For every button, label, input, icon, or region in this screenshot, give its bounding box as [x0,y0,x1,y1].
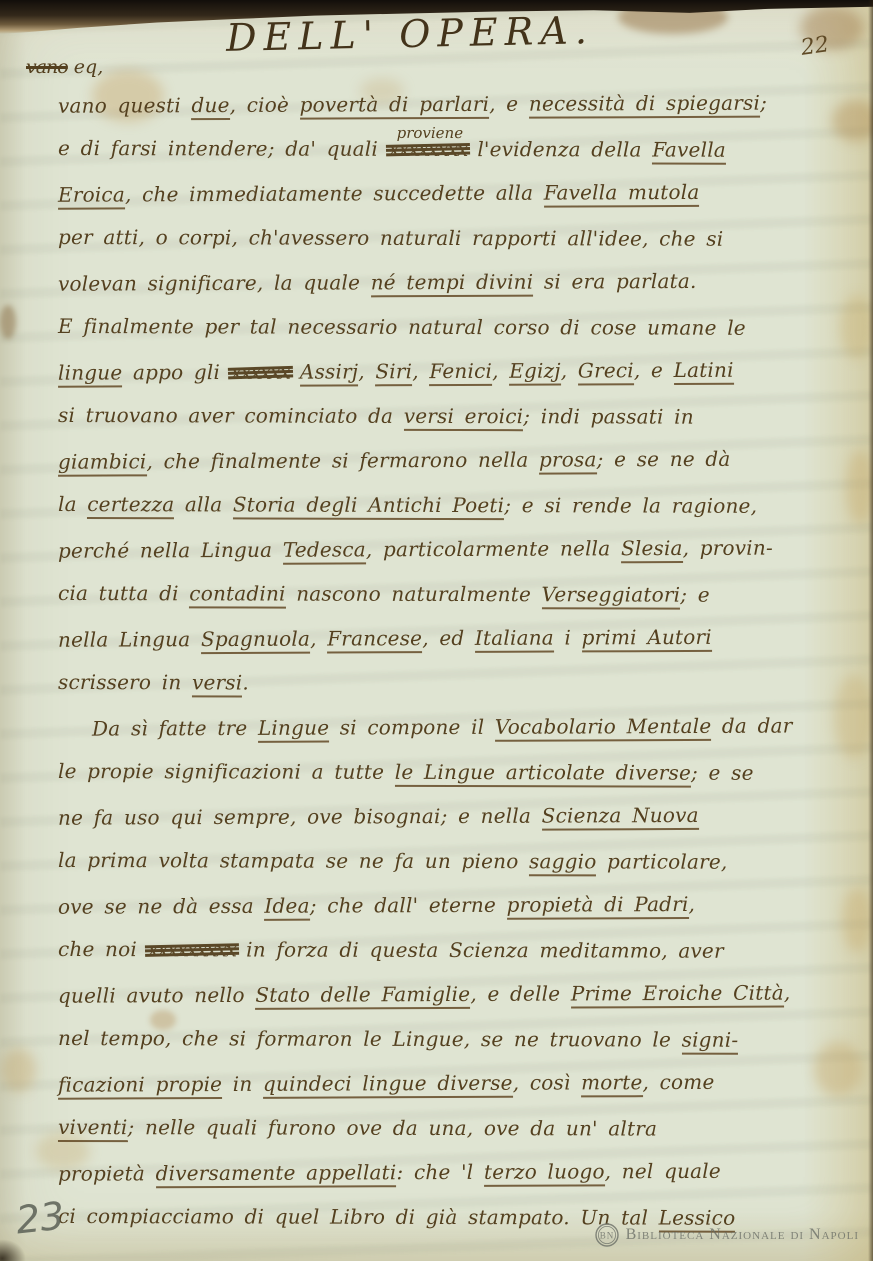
manuscript-segment: vano questi [58,93,192,118]
manuscript-line: volevan significare, la quale né tempi d… [58,258,843,306]
library-watermark: BN Biblioteca Nazionale di Napoli [594,1222,859,1248]
manuscript-segment: , che immediatamente succedette alla [125,181,544,207]
manuscript-segment: propietà [58,1161,156,1185]
manuscript-line: scrissero in versi. [58,659,843,706]
underlined-phrase: Stato delle Famiglie [255,982,470,1010]
underlined-phrase: versi [192,670,242,697]
manuscript-segment: , [358,359,375,383]
scribbled-out-word: xxxxxxxxx [148,937,236,961]
underlined-phrase: contadini [189,581,285,608]
manuscript-segment: ; che dall' eterne [310,893,507,918]
manuscript-segment: ; e [680,582,710,606]
manuscript-segment: , [688,892,695,916]
manuscript-line: Eroica, che immediatamente succedette al… [58,169,843,217]
manuscript-segment: si era parlata. [533,269,696,294]
manuscript-segment: scrissero in [58,669,192,693]
manuscript-segment: si truovano aver cominciato da [58,402,404,427]
underlined-phrase: versi eroici [404,403,524,430]
manuscript-segment: nascono naturalmente [286,581,542,606]
manuscript-segment: ; nelle quali furono ove da una, ove da … [128,1115,658,1140]
manuscript-segment: si compone il [329,715,495,740]
watermark-text: Biblioteca Nazionale di Napoli [626,1226,859,1244]
paper-stain [2,1048,36,1092]
manuscript-segment: che noi [58,936,148,960]
underlined-phrase: Lingue [258,716,329,743]
underlined-phrase: Idea [264,894,309,921]
manuscript-line: ficazioni propie in quindeci lingue dive… [58,1059,843,1107]
manuscript-segment: i [554,625,582,649]
underlined-phrase: lingue [58,360,123,387]
manuscript-line: Da sì fatte tre Lingue si compone il Voc… [58,703,843,751]
manuscript-segment: e di farsi intendere; da' quali [58,135,389,160]
manuscript-segment: , [492,359,509,383]
manuscript-line: la prima volta stampata se ne fa un pien… [58,837,843,884]
manuscript-segment: , [784,981,791,1005]
underlined-phrase: viventi [58,1114,128,1141]
underlined-phrase: propietà di Padri [507,892,689,920]
bottom-left-smudge [0,1239,26,1261]
page-right-edge [868,0,873,1261]
scribbled-out-word: xxxxxxxx [389,136,467,160]
underlined-phrase: Spagnuola [201,627,310,654]
manuscript-line: viventi; nelle quali furono ove da una, … [58,1104,843,1151]
underlined-phrase: due [191,93,229,120]
manuscript-segment: nella Lingua [58,627,201,652]
underlined-phrase: terzo luogo [484,1159,605,1187]
manuscript-line: cia tutta di contadini nascono naturalme… [58,570,843,617]
underlined-phrase: ficazioni propie [58,1072,222,1100]
underlined-phrase: Vocabolario Mentale [495,714,712,742]
manuscript-segment: volevan significare, la quale [58,270,371,295]
underlined-phrase: Italiana [475,626,554,653]
underlined-phrase: morte [581,1070,643,1097]
underlined-phrase: prosa [539,447,597,474]
manuscript-segment: alla [174,492,233,516]
scribbled-out-word: xxxxxx [231,360,290,384]
manuscript-segment: le propie significazioni a tutte [58,758,395,783]
underlined-phrase: Tedesca [283,537,366,564]
underlined-phrase: Latini [674,358,734,385]
folio-number: 22 [799,32,830,61]
manuscript-line: E finalmente per tal necessario natural … [58,303,843,350]
manuscript-line: ove se ne dà essa Idea; che dall' eterne… [58,881,843,929]
manuscript-text: vano questi due, cioè povertà di parlari… [58,82,843,1239]
manuscript-segment: , [310,627,327,651]
underlined-phrase: Greci [578,358,634,385]
underlined-phrase: Assirj [300,359,358,386]
manuscript-segment: nel tempo, che si formaron le Lingue, se… [58,1025,682,1051]
manuscript-line: e di farsi intendere; da' quali proviene… [58,125,843,172]
page-title: DELL' OPERA. [226,8,595,60]
underlined-phrase: signi- [682,1027,739,1054]
manuscript-segment: ; indi passati in [523,404,694,428]
manuscript-line: perché nella Lingua Tedesca, particolarm… [58,525,843,573]
underlined-phrase: certezza [87,492,174,519]
manuscript-segment: ; [760,91,767,115]
underlined-phrase: Storia degli Antichi Poeti [233,492,504,520]
manuscript-segment: perché nella Lingua [58,538,283,563]
manuscript-segment: , nel quale [605,1159,721,1184]
library-monogram-icon: BN [594,1222,620,1248]
manuscript-segment: da dar [711,714,792,738]
manuscript-segment: , ed [422,626,475,650]
manuscript-segment: la [58,491,87,515]
underlined-phrase: Verseggiatori [542,582,681,609]
underlined-phrase: Francese [327,626,422,653]
manuscript-segment: in [222,1072,263,1096]
manuscript-segment: ; e se ne dà [597,447,731,472]
underlined-phrase: diversamente appellati [156,1160,397,1188]
manuscript-segment: . [242,670,249,694]
manuscript-segment: ove se ne dà essa [58,894,265,919]
underlined-phrase: saggio [529,849,597,876]
margin-note-struck-word: vano [26,56,68,78]
underlined-phrase: Fenici [429,359,492,386]
paper-stain [0,305,16,339]
underlined-phrase: le Lingue articolate diverse [395,759,691,787]
underlined-phrase: giambici [58,449,147,476]
underlined-phrase: quindeci lingue diverse [263,1071,513,1099]
pencil-foliation-number: 23 [14,1194,67,1243]
manuscript-segment: ; e se [691,760,754,784]
manuscript-line: le propie significazioni a tutte le Ling… [58,748,843,795]
manuscript-segment: ci compiacciamo di quel Libro di già sta… [58,1203,659,1229]
manuscript-segment: , particolarmente nella [366,536,621,561]
underlined-phrase: Slesia [621,536,683,563]
margin-note-trailing: eq, [74,56,103,78]
monogram-letters: BN [599,1231,614,1241]
underlined-phrase: necessità di spiegarsi [529,91,760,119]
underlined-phrase: Scienza Nuova [542,803,699,831]
underlined-phrase: Eroica [58,182,125,209]
manuscript-segment: , [561,358,578,382]
manuscript-segment: cia tutta di [58,580,189,604]
manuscript-segment: , così [513,1070,581,1094]
manuscript-segment: la prima volta stampata se ne fa un pien… [58,847,529,872]
manuscript-segment: particolare, [596,849,727,873]
manuscript-line: quelli avuto nello Stato delle Famiglie,… [58,970,843,1018]
manuscript-segment: , cioè [230,93,300,117]
manuscript-segment: , come [642,1070,714,1094]
manuscript-line: propietà diversamente appellati: che 'l … [58,1148,843,1196]
underlined-phrase: Egizj [509,359,561,386]
manuscript-line: giambici, che finalmente si fermarono ne… [58,436,843,484]
underlined-phrase: Prime Eroiche Città [571,981,784,1009]
manuscript-line: ne fa uso qui sempre, ove bisognai; e ne… [58,792,843,840]
manuscript-line: nella Lingua Spagnuola, Francese, ed Ita… [58,614,843,662]
manuscript-segment: ; e si rende la ragione, [504,493,757,518]
manuscript-segment: , e [489,92,529,116]
manuscript-segment: , e [634,358,674,382]
underlined-phrase: Favella [652,137,726,164]
manuscript-line: lingue appo gli xxxxxx Assirj, Siri, Fen… [58,347,843,395]
manuscript-line: la certezza alla Storia degli Antichi Po… [58,481,843,528]
margin-note: vano eq, [26,56,103,78]
manuscript-segment: , [412,359,429,383]
manuscript-segment: appo gli [122,360,230,384]
manuscript-page: DELL' OPERA. 22 vano eq, vano questi due… [0,0,873,1261]
manuscript-segment: quelli avuto nello [58,983,255,1008]
manuscript-segment: per atti, o corpi, ch'avessero naturali … [58,224,723,250]
manuscript-segment: Da sì fatte tre [92,716,258,741]
manuscript-line: si truovano aver cominciato da versi ero… [58,392,843,439]
manuscript-segment: l'evidenza della [467,137,652,161]
manuscript-segment: , che finalmente si fermarono nella [146,448,539,474]
underlined-phrase: Siri [375,359,412,386]
underlined-phrase: primi Autori [582,625,712,653]
manuscript-segment: , provin- [683,536,773,560]
manuscript-line: che noi xxxxxxxxx in forza di questa Sci… [58,926,843,973]
manuscript-line: per atti, o corpi, ch'avessero naturali … [58,214,843,261]
underlined-phrase: né tempi divini [371,270,534,298]
manuscript-segment: : che 'l [396,1160,484,1184]
manuscript-segment: , e delle [470,981,571,1005]
correction-stack: provienexxxxxxxx [389,126,467,171]
underlined-phrase: Favella mutola [544,180,700,208]
manuscript-segment: ne fa uso qui sempre, ove bisognai; e ne… [58,804,542,830]
manuscript-line: nel tempo, che si formaron le Lingue, se… [58,1015,843,1062]
manuscript-segment: E finalmente per tal necessario natural … [58,313,746,339]
manuscript-segment: in forza di questa Scienza meditammo, av… [236,937,724,962]
